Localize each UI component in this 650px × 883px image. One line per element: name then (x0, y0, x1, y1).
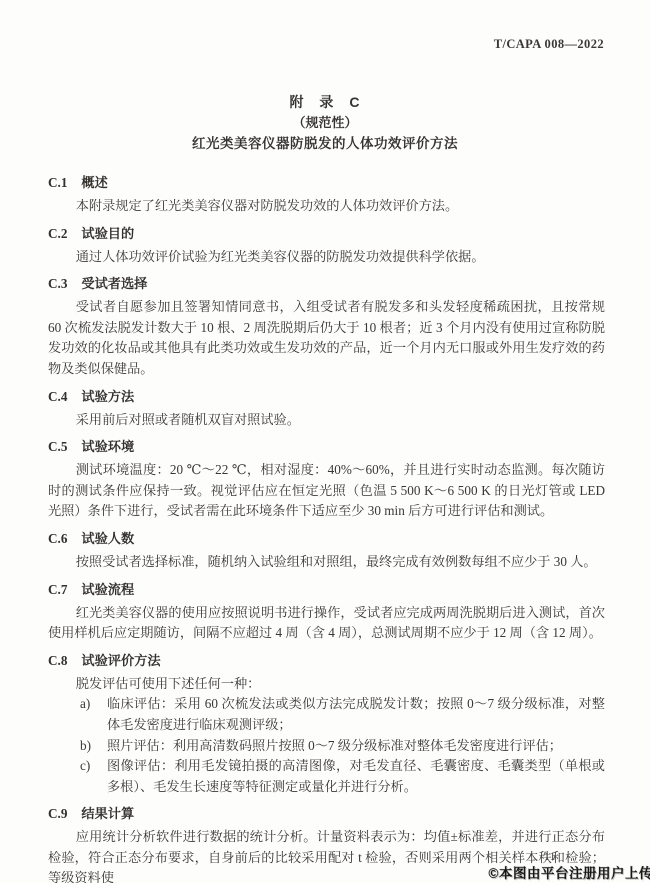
section-number: C.7 (48, 582, 67, 597)
section-number: C.8 (48, 653, 67, 668)
section-c7: C.7试验流程 红光类美容仪器的使用应按照说明书进行操作，受试者应完成两周洗脱期… (48, 580, 605, 644)
section-number: C.5 (48, 439, 67, 454)
appendix-normative: （规范性） (0, 113, 650, 133)
section-paragraph: 通过人体功效评价试验为红光类美容仪器的防脱发功效提供科学依据。 (48, 247, 605, 268)
list-text: 图像评估：利用毛发镜拍摄的高清图像，对毛发直径、毛囊密度、毛囊类型（单根或多根）… (107, 758, 605, 794)
section-heading: C.1概述 (48, 173, 605, 193)
section-paragraph: 受试者自愿参加且签署知情同意书，入组受试者有脱发多和头发轻度稀疏困扰，且按常规 … (48, 297, 605, 379)
section-number: C.2 (48, 226, 67, 241)
section-heading: C.6试验人数 (48, 529, 605, 549)
section-title: 试验流程 (81, 582, 134, 597)
section-heading: C.9结果计算 (48, 804, 605, 824)
section-paragraph: 测试环境温度：20 ℃～22 ℃，相对湿度：40%～60%，并且进行实时动态监测… (48, 460, 605, 522)
section-c3: C.3受试者选择 受试者自愿参加且签署知情同意书，入组受试者有脱发多和头发轻度稀… (48, 274, 605, 379)
list-text: 临床评估：采用 60 次梳发法或类似方法完成脱发计数；按照 0～7 级分级标准，… (107, 696, 605, 732)
section-number: C.6 (48, 531, 67, 546)
section-paragraph: 按照受试者选择标准，随机纳入试验组和对照组，最终完成有效例数每组不应少于 30 … (48, 552, 605, 573)
section-heading: C.4试验方法 (48, 387, 605, 407)
section-number: C.1 (48, 175, 67, 190)
section-c1: C.1概述 本附录规定了红光类美容仪器对防脱发功效的人体功效评价方法。 (48, 173, 605, 217)
watermark: ©本图由平台注册用户上传 (489, 862, 650, 882)
section-paragraph: 脱发评估可使用下述任何一种： (48, 674, 605, 695)
list-text: 照片评估：利用高清数码照片按照 0～7 级分级标准对整体毛发密度进行评估； (107, 738, 562, 753)
list-item-a: a) 临床评估：采用 60 次梳发法或类似方法完成脱发计数；按照 0～7 级分级… (78, 694, 605, 735)
section-title: 概述 (81, 175, 107, 190)
section-heading: C.5试验环境 (48, 437, 605, 457)
section-c8: C.8试验评价方法 脱发评估可使用下述任何一种： a) 临床评估：采用 60 次… (48, 651, 605, 798)
section-heading: C.8试验评价方法 (48, 651, 605, 671)
list-marker: a) (80, 694, 90, 715)
section-c2: C.2试验目的 通过人体功效评价试验为红光类美容仪器的防脱发功效提供科学依据。 (48, 224, 605, 268)
section-title: 试验环境 (81, 439, 134, 454)
section-title: 试验评价方法 (81, 653, 160, 668)
section-title: 试验目的 (81, 226, 134, 241)
appendix-title: 红光类美容仪器防脱发的人体功效评价方法 (0, 134, 650, 154)
section-number: C.4 (48, 389, 67, 404)
section-title: 试验方法 (81, 389, 134, 404)
section-c4: C.4试验方法 采用前后对照或者随机双盲对照试验。 (48, 387, 605, 431)
document-body: C.1概述 本附录规定了红光类美容仪器对防脱发功效的人体功效评价方法。 C.2试… (48, 166, 605, 883)
section-number: C.9 (48, 806, 67, 821)
section-paragraph: 红光类美容仪器的使用应按照说明书进行操作，受试者应完成两周洗脱期后进入测试，首次… (48, 603, 605, 644)
section-paragraph: 采用前后对照或者随机双盲对照试验。 (48, 410, 605, 431)
section-title: 受试者选择 (81, 276, 147, 291)
appendix-label: 附 录 C (0, 92, 650, 112)
section-heading: C.7试验流程 (48, 580, 605, 600)
section-heading: C.3受试者选择 (48, 274, 605, 294)
section-paragraph: 本附录规定了红光类美容仪器对防脱发功效的人体功效评价方法。 (48, 196, 605, 217)
list-marker: c) (80, 756, 90, 777)
section-title: 试验人数 (81, 531, 134, 546)
list-marker: b) (80, 736, 91, 757)
section-number: C.3 (48, 276, 67, 291)
section-title: 结果计算 (81, 806, 134, 821)
document-page: T/CAPA 008—2022 附 录 C （规范性） 红光类美容仪器防脱发的人… (0, 0, 650, 883)
section-c6: C.6试验人数 按照受试者选择标准，随机纳入试验组和对照组，最终完成有效例数每组… (48, 529, 605, 573)
list-item-b: b) 照片评估：利用高清数码照片按照 0～7 级分级标准对整体毛发密度进行评估； (78, 736, 605, 757)
doc-number: T/CAPA 008—2022 (494, 37, 604, 52)
section-heading: C.2试验目的 (48, 224, 605, 244)
list-item-c: c) 图像评估：利用毛发镜拍摄的高清图像，对毛发直径、毛囊密度、毛囊类型（单根或… (78, 756, 605, 797)
appendix-heading: 附 录 C （规范性） 红光类美容仪器防脱发的人体功效评价方法 (0, 92, 650, 154)
section-c5: C.5试验环境 测试环境温度：20 ℃～22 ℃，相对湿度：40%～60%，并且… (48, 437, 605, 522)
